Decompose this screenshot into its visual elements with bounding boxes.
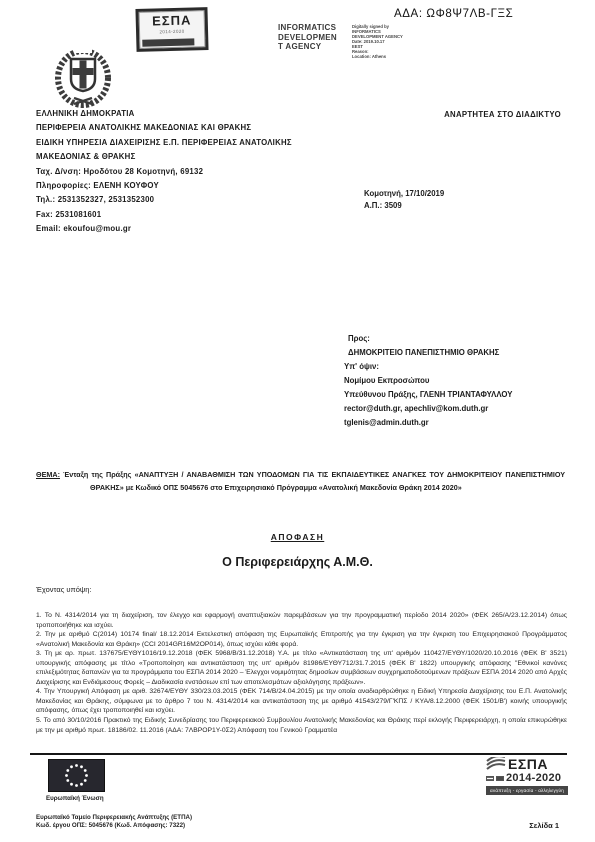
phone-line: Τηλ.: 2531352327, 2531352300: [36, 193, 292, 207]
legal-item: 3. Τη με αρ. πρωτ. 137675/ΕΥΘΥ1016/19.12…: [36, 649, 567, 687]
legal-item: 5. Το από 30/10/2016 Πρακτικό της Ειδική…: [36, 716, 567, 735]
city-date: Κομοτηνή, 17/10/2019: [364, 188, 444, 200]
attention-line: Νομίμου Εκπροσώπου: [344, 374, 512, 388]
espa-stamp-subtitle: 2014-2020: [139, 28, 205, 35]
org-line: ΕΛΛΗΝΙΚΗ ΔΗΜΟΚΡΑΤΙΑ: [36, 107, 292, 121]
decision-authority: Ο Περιφερειάρχης Α.Μ.Θ.: [0, 555, 595, 569]
fund-name: Ευρωπαϊκό Ταμείο Περιφερειακής Ανάπτυξης…: [36, 814, 192, 822]
espa-logo-tagline: ανάπτυξη - εργασία - αλληλεγγύη: [486, 786, 568, 795]
date-protocol-block: Κομοτηνή, 17/10/2019 Α.Π.: 3509: [364, 188, 444, 212]
subject-paragraph: ΘΕΜΑ: Ένταξη της Πράξης «ΑΝΑΠΤΥΞΗ / ΑΝΑΒ…: [36, 469, 565, 494]
subject-label: ΘΕΜΑ:: [36, 470, 60, 479]
eu-flag-icon: [48, 759, 105, 792]
ada-code: ΑΔΑ: ΩΦ8Ψ7ΛΒ-ΓΞΣ: [394, 8, 513, 20]
recipient-label: Προς:: [344, 332, 512, 346]
recipient-emails: rector@duth.gr, apechliv@kom.duth.gr: [344, 402, 512, 416]
legal-item: 2. Την με αριθμό C(2014) 10174 final/ 18…: [36, 630, 567, 649]
espa-swoosh-icon: [486, 757, 506, 771]
espa-stamp-title: ΕΣΠΑ: [139, 12, 205, 29]
espa-stamp-logo: ΕΣΠΑ 2014-2020: [135, 7, 208, 52]
attention-label: Υπ' όψιν:: [344, 360, 512, 374]
contact-person-line: Πληροφορίες: ΕΛΕΝΗ ΚΟΥΦΟΥ: [36, 179, 292, 193]
sender-block: ΕΛΛΗΝΙΚΗ ΔΗΜΟΚΡΑΤΙΑ ΠΕΡΙΦΕΡΕΙΑ ΑΝΑΤΟΛΙΚΗ…: [36, 107, 292, 237]
legal-item-number: 4.: [36, 688, 42, 695]
signature-line: Location: Athens: [352, 54, 403, 59]
footer-divider: [30, 753, 567, 755]
legal-item-number: 1.: [36, 612, 42, 619]
org-line: ΠΕΡΙΦΕΡΕΙΑ ΑΝΑΤΟΛΙΚΗΣ ΜΑΚΕΔΟΝΙΑΣ ΚΑΙ ΘΡΑ…: [36, 121, 292, 135]
espa-logo-title: ΕΣΠΑ: [508, 756, 548, 772]
legal-basis-list: 1. Το Ν. 4314/2014 για τη διαχείριση, το…: [36, 611, 567, 735]
legal-item-number: 5.: [36, 717, 42, 724]
legal-item-text: Την με αριθμό C(2014) 10174 final/ 18.12…: [36, 631, 567, 648]
espa-stamp-bar: [142, 38, 194, 46]
digital-signature-details: Digitally signed by INFORMATICS DEVELOPM…: [352, 24, 403, 59]
decision-preamble: Έχοντας υπόψη:: [36, 585, 91, 594]
legal-item-number: 3.: [36, 650, 42, 657]
protocol-number: Α.Π.: 3509: [364, 200, 444, 212]
legal-item-text: Το Ν. 4314/2014 για τη διαχείριση, τον έ…: [36, 612, 567, 629]
agency-line: DEVELOPMEN: [278, 33, 337, 43]
email-line: Email: ekoufou@mou.gr: [36, 222, 292, 236]
attention-line: Υπεύθυνου Πράξης, ΓΛΕΝΗ ΤΡΙΑΝΤΑΦΥΛΛΟΥ: [344, 388, 512, 402]
legal-item-number: 2.: [36, 631, 42, 638]
greek-flag-icon: [486, 776, 494, 781]
espa-logo-years: 2014-2020: [506, 772, 561, 784]
espa-footer-logo: ΕΣΠΑ 2014-2020 ανάπτυξη - εργασία - αλλη…: [486, 756, 568, 795]
legal-item: 1. Το Ν. 4314/2014 για τη διαχείριση, το…: [36, 611, 567, 630]
project-code: Κωδ. έργου ΟΠΣ: 5045676 (Κωδ. Απόφασης: …: [36, 822, 192, 830]
subject-text: Ένταξη της Πράξης «ΑΝΑΠΤΥΞΗ / ΑΝΑΒΑΘΜΙΣΗ…: [63, 470, 565, 492]
agency-line: INFORMATICS: [278, 23, 337, 33]
legal-item-text: Τη με αρ. πρωτ. 137675/ΕΥΘΥ1016/19.12.20…: [36, 650, 567, 686]
legal-item: 4. Την Υπουργική Απόφαση με αριθ. 32674/…: [36, 687, 567, 716]
eu-flag-caption: Ευρωπαϊκή Ένωση: [46, 795, 104, 802]
org-line: ΜΑΚΕΔΟΝΙΑΣ & ΘΡΑΚΗΣ: [36, 150, 292, 164]
agency-line: T AGENCY: [278, 42, 337, 52]
page-number: Σελίδα 1: [529, 821, 559, 830]
decision-heading-text: ΑΠΟΦΑΣΗ: [271, 532, 325, 542]
signature-agency-name: INFORMATICS DEVELOPMEN T AGENCY: [278, 23, 337, 52]
document-page: ΕΣΠΑ 2014-2020 ΑΔΑ: ΩΦ8Ψ7ΛΒ-ΓΞΣ INFORMAT…: [0, 0, 595, 842]
fax-line: Fax: 2531081601: [36, 208, 292, 222]
org-line: ΕΙΔΙΚΗ ΥΠΗΡΕΣΙΑ ΔΙΑΧΕΙΡΙΣΗΣ Ε.Π. ΠΕΡΙΦΕΡ…: [36, 136, 292, 150]
footer-fund-block: Ευρωπαϊκό Ταμείο Περιφερειακής Ανάπτυξης…: [36, 814, 192, 830]
legal-item-text: Την Υπουργική Απόφαση με αριθ. 32674/ΕΥΘ…: [36, 688, 567, 714]
greek-coat-of-arms-icon: [50, 46, 116, 110]
decision-heading: ΑΠΟΦΑΣΗ: [0, 532, 595, 542]
anartitea-label: ΑΝΑΡΤΗΤΕΑ ΣΤΟ ΔΙΑΔΙΚΤΥΟ: [444, 110, 561, 119]
recipient-emails: tglenis@admin.duth.gr: [344, 416, 512, 430]
legal-item-text: Το από 30/10/2016 Πρακτικό της Ειδικής Σ…: [36, 717, 567, 734]
address-line: Ταχ. Δ/νση: Ηροδότου 28 Κομοτηνή, 69132: [36, 165, 292, 179]
recipient-name: ΔΗΜΟΚΡΙΤΕΙΟ ΠΑΝΕΠΙΣΤΗΜΙΟ ΘΡΑΚΗΣ: [344, 346, 512, 360]
eu-flag-small-icon: [496, 776, 504, 781]
recipient-block: Προς: ΔΗΜΟΚΡΙΤΕΙΟ ΠΑΝΕΠΙΣΤΗΜΙΟ ΘΡΑΚΗΣ Υπ…: [344, 332, 512, 430]
